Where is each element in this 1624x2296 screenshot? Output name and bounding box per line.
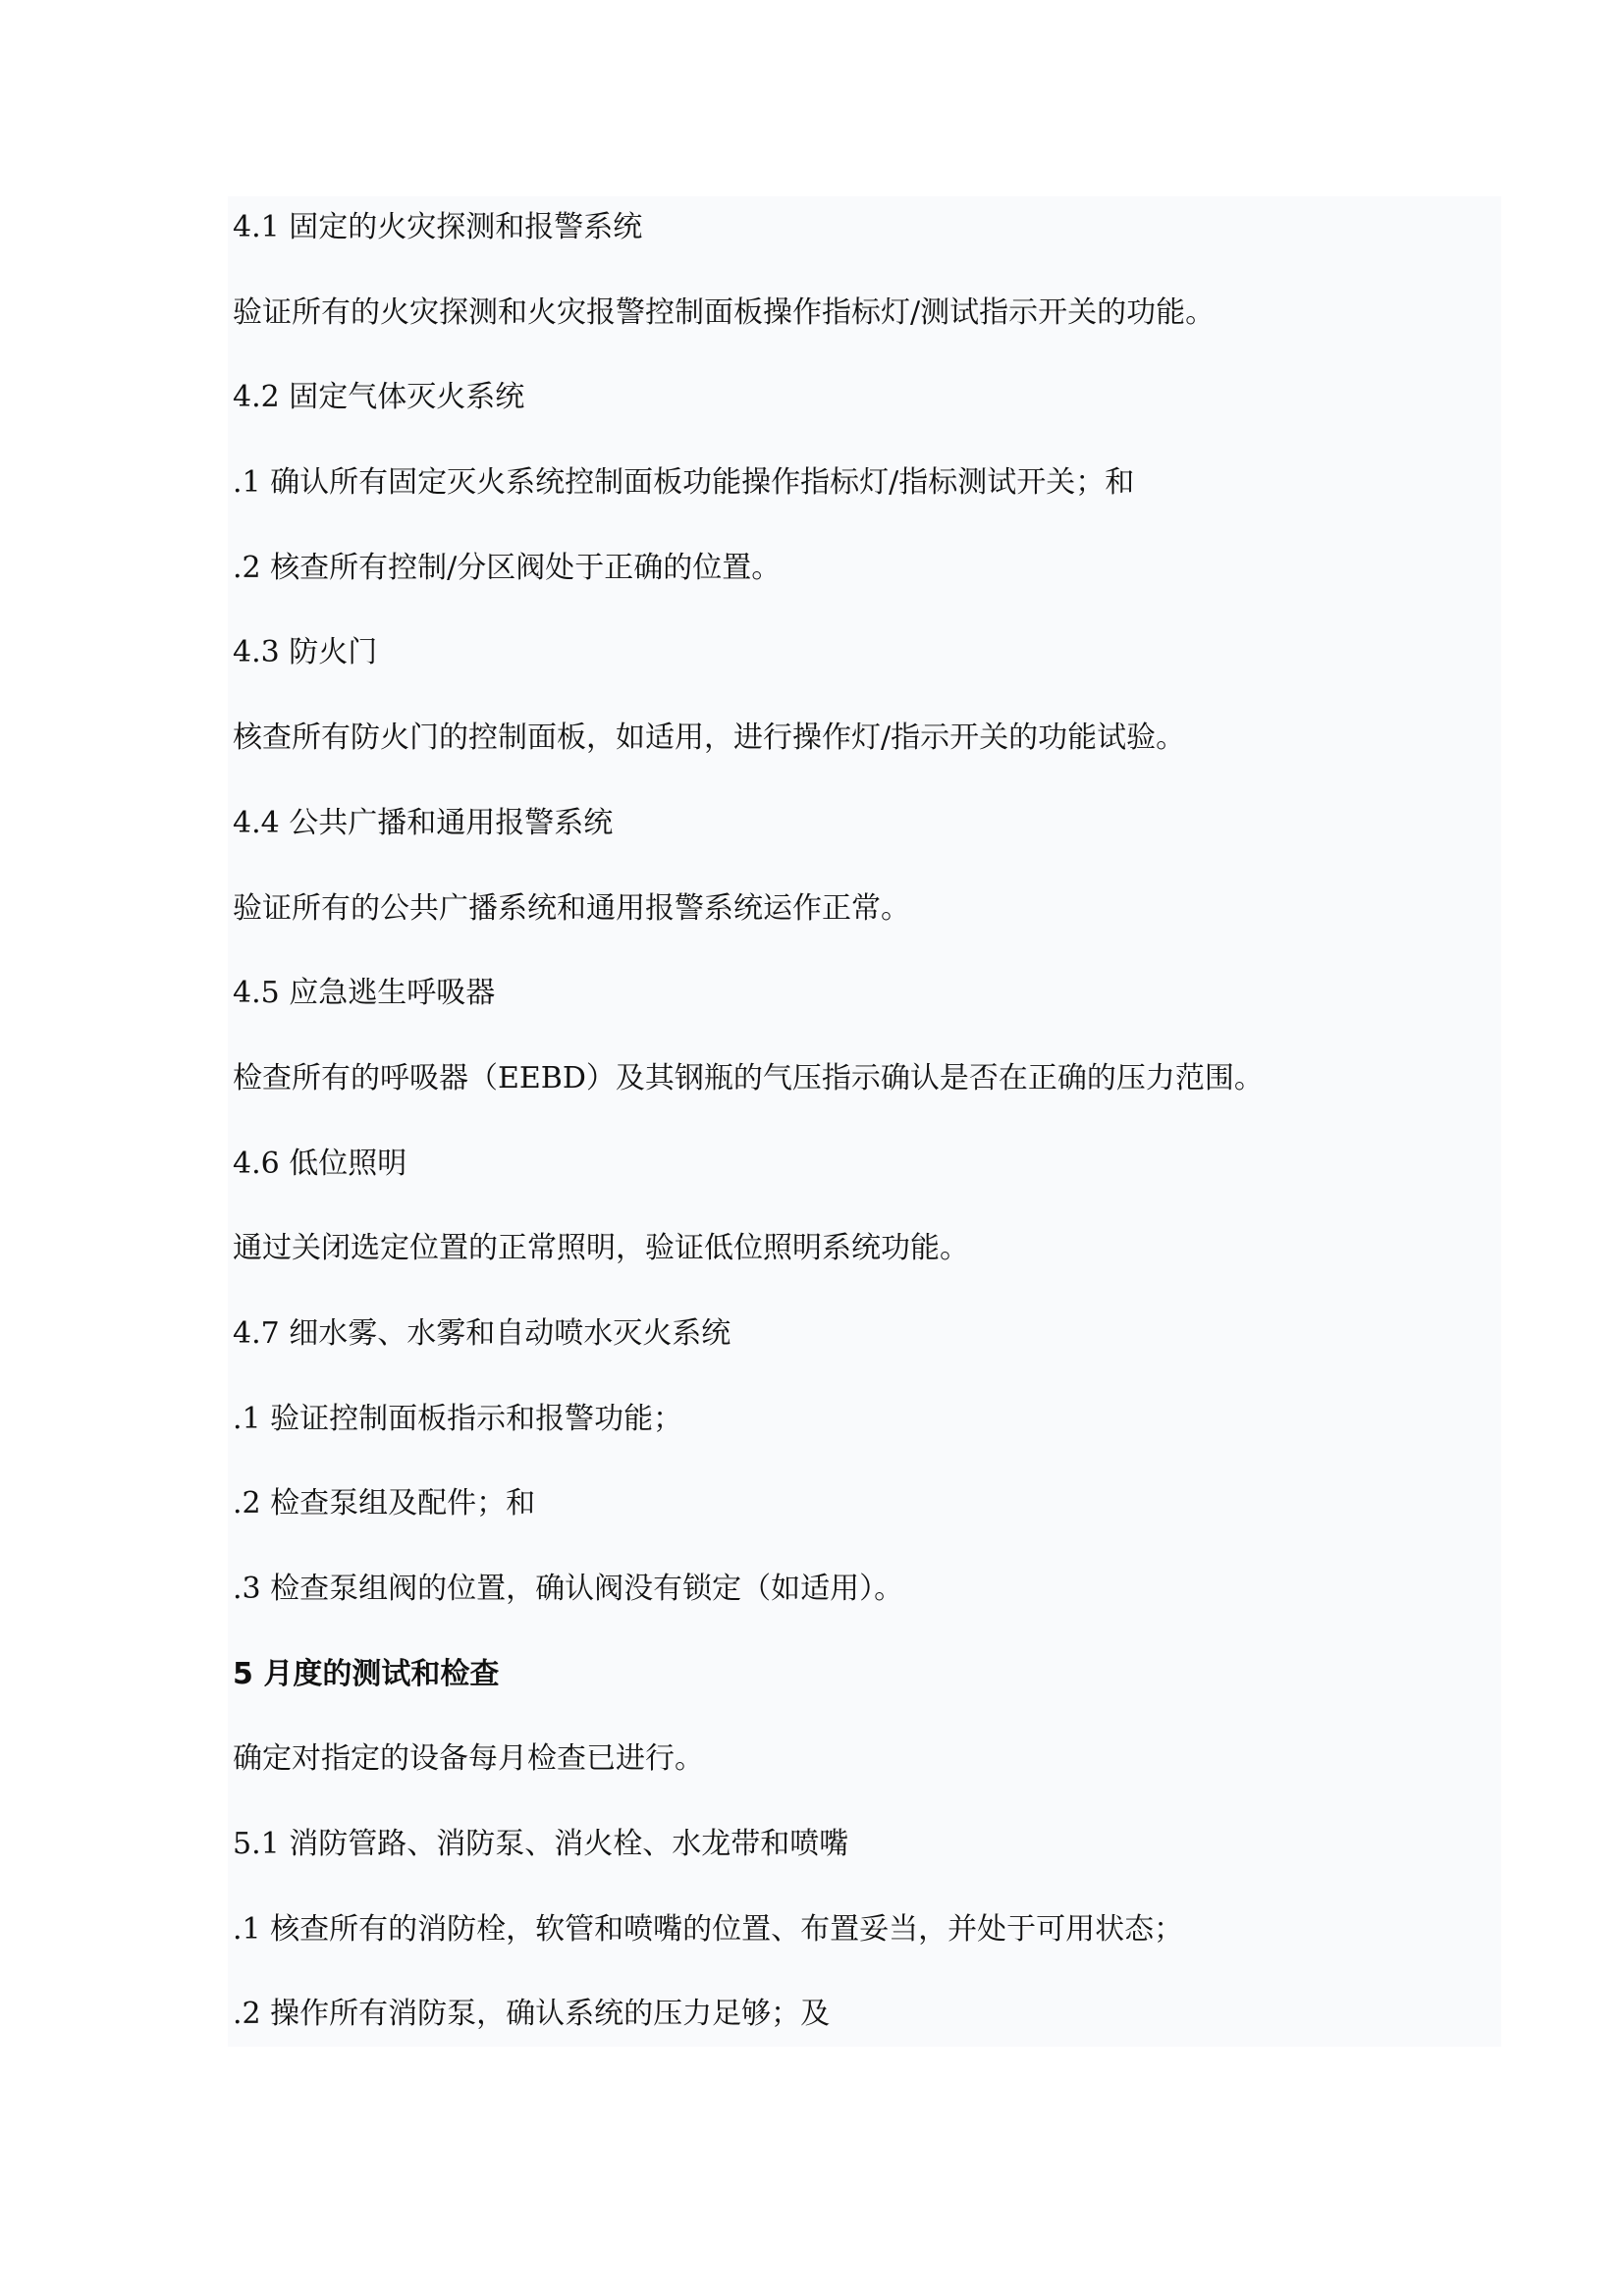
list-item-4-7-3: .3 检查泵组阀的位置，确认阀没有锁定（如适用）。 (233, 1570, 903, 1609)
subheading-4-7: 4.7 细水雾、水雾和自动喷水灭火系统 (233, 1314, 731, 1354)
paragraph-4-3: 核查所有防火门的控制面板，如适用，进行操作灯/指示开关的功能试验。 (233, 719, 1185, 758)
subheading-4-5: 4.5 应急逃生呼吸器 (233, 974, 495, 1013)
subheading-4-4: 4.4 公共广播和通用报警系统 (233, 804, 613, 843)
paragraph-4-6: 通过关闭选定位置的正常照明，验证低位照明系统功能。 (233, 1229, 969, 1268)
subheading-4-2: 4.2 固定气体灭火系统 (233, 378, 524, 417)
list-item-4-2-2: .2 核查所有控制/分区阀处于正确的位置。 (233, 549, 781, 588)
list-item-5-1-1: .1 核查所有的消防栓，软管和喷嘴的位置、布置妥当，并处于可用状态； (233, 1910, 1183, 1949)
list-item-5-1-2: .2 操作所有消防泵，确认系统的压力足够；及 (233, 1995, 830, 2034)
subheading-4-6: 4.6 低位照明 (233, 1145, 406, 1184)
subheading-4-1: 4.1 固定的火灾探测和报警系统 (233, 208, 642, 247)
paragraph-4-5: 检查所有的呼吸器（EEBD）及其钢瓶的气压指示确认是否在正确的压力范围。 (233, 1059, 1264, 1098)
paragraph-5: 确定对指定的设备每月检查已进行。 (233, 1739, 704, 1779)
section-heading-5: 5 月度的测试和检查 (233, 1655, 499, 1694)
paragraph-4-4: 验证所有的公共广播系统和通用报警系统运作正常。 (233, 889, 910, 929)
list-item-4-7-1: .1 验证控制面板指示和报警功能； (233, 1400, 682, 1439)
paragraph-4-1: 验证所有的火灾探测和火灾报警控制面板操作指标灯/测试指示开关的功能。 (233, 294, 1215, 333)
list-item-4-2-1: .1 确认所有固定灭火系统控制面板功能操作指标灯/指标测试开关；和 (233, 463, 1134, 503)
list-item-4-7-2: .2 检查泵组及配件；和 (233, 1484, 535, 1523)
subheading-4-3: 4.3 防火门 (233, 633, 377, 672)
subheading-5-1: 5.1 消防管路、消防泵、消火栓、水龙带和喷嘴 (233, 1825, 848, 1864)
